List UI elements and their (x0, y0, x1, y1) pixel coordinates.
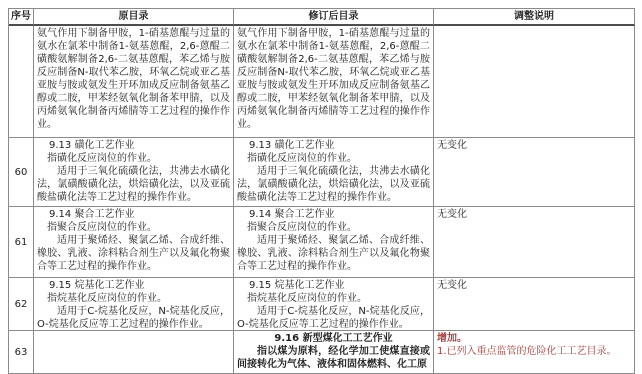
paragraph: 9.16 新型煤化工工艺作业 (237, 332, 430, 345)
paragraph: 氨气作用下制备甲胺，1-硝基蒽醌与过量的氨水在氯苯中制备1-氨基蒽醌，2,6-蒽… (237, 27, 430, 131)
table-row: 619.14 聚合工艺作业指聚合反应岗位的作业。适用于聚烯烃、聚氯乙烯、合成纤维… (9, 207, 635, 278)
paragraph: 适用于三氧化硫磺化法，共沸去水磺化法，氯磺酸磺化法，烘焙磺化法，以及亚硫酸盐磺化… (37, 165, 230, 204)
revised-catalog-cell: 9.13 磺化工艺作业指磺化反应岗位的作业。适用于三氧化硫磺化法，共沸去水磺化法… (234, 138, 434, 207)
revised-catalog-cell: 9.15 烷基化工艺作业指烷基化反应岗位的作业。适用于C-烷基化反应，N-烷基化… (234, 278, 434, 331)
original-catalog-cell: 9.14 聚合工艺作业指聚合反应岗位的作业。适用于聚烯烃、聚氯乙烯、合成纤维、橡… (34, 207, 234, 278)
paragraph: 9.15 烷基化工艺作业 (237, 279, 430, 292)
paragraph: 9.14 聚合工艺作业 (237, 208, 430, 221)
table-row: 629.15 烷基化工艺作业指烷基化反应岗位的作业。适用于C-烷基化反应，N-烷… (9, 278, 635, 331)
serial-cell: 61 (9, 207, 34, 278)
adjustment-note-cell: 增加。1.已列入重点监管的危险化工工艺目录。 (434, 331, 635, 374)
table-body: 氨气作用下制备甲胺，1-硝基蒽醌与过量的氨水在氯苯中制备1-氨基蒽醌，2,6-蒽… (9, 26, 635, 374)
original-catalog-cell: 9.13 磺化工艺作业指磺化反应岗位的作业。适用于三氧化硫磺化法，共沸去水磺化法… (34, 138, 234, 207)
original-catalog-cell: 9.15 烷基化工艺作业指烷基化反应岗位的作业。适用于C-烷基化反应，N-烷基化… (34, 278, 234, 331)
adjustment-note-cell: 无变化 (434, 138, 635, 207)
original-catalog-cell: 氨气作用下制备甲胺，1-硝基蒽醌与过量的氨水在氯苯中制备1-氨基蒽醌，2,6-蒽… (34, 26, 234, 138)
header-original-catalog: 原目录 (34, 9, 234, 26)
serial-cell: 62 (9, 278, 34, 331)
paragraph: 适用于C-烷基化反应，N-烷基化反应，O-烷基化反应等工艺过程的操作作业。 (237, 305, 430, 331)
paragraph: 适用于三氧化硫磺化法，共沸去水磺化法，氯磺酸磺化法，烘焙磺化法，以及亚硫酸盐磺化… (237, 165, 430, 204)
paragraph: 指磺化反应岗位的作业。 (37, 152, 230, 165)
paragraph: 适用于聚烯烃、聚氯乙烯、合成纤维、橡胶、乳液、涂料粘合剂生产以及氟化物聚合等工艺… (237, 234, 430, 273)
paragraph: 9.14 聚合工艺作业 (37, 208, 230, 221)
paragraph: 9.15 烷基化工艺作业 (37, 279, 230, 292)
original-catalog-cell (34, 331, 234, 374)
serial-cell: 60 (9, 138, 34, 207)
adjustment-note-cell: 无变化 (434, 278, 635, 331)
table-row: 609.13 磺化工艺作业指磺化反应岗位的作业。适用于三氧化硫磺化法，共沸去水磺… (9, 138, 635, 207)
revision-comparison-table: 序号 原目录 修订后目录 调整说明 氨气作用下制备甲胺，1-硝基蒽醌与过量的氨水… (8, 8, 635, 374)
revised-catalog-cell: 9.14 聚合工艺作业指聚合反应岗位的作业。适用于聚烯烃、聚氯乙烯、合成纤维、橡… (234, 207, 434, 278)
paragraph: 增加。 (437, 332, 631, 345)
revised-catalog-cell: 氨气作用下制备甲胺，1-硝基蒽醌与过量的氨水在氯苯中制备1-氨基蒽醌，2,6-蒽… (234, 26, 434, 138)
table-row: 639.16 新型煤化工工艺作业指以煤为原料，经化学加工使煤直接或间接转化为气体… (9, 331, 635, 374)
paragraph: 无变化 (437, 279, 631, 292)
paragraph: 适用于聚烯烃、聚氯乙烯、合成纤维、橡胶、乳液、涂料粘合剂生产以及氟化物聚合等工艺… (37, 234, 230, 273)
paragraph: 9.13 磺化工艺作业 (237, 139, 430, 152)
table-row: 氨气作用下制备甲胺，1-硝基蒽醌与过量的氨水在氯苯中制备1-氨基蒽醌，2,6-蒽… (9, 26, 635, 138)
revised-catalog-cell: 9.16 新型煤化工工艺作业指以煤为原料，经化学加工使煤直接或间接转化为气体、液… (234, 331, 434, 374)
paragraph: 指以煤为原料，经化学加工使煤直接或间接转化为气体、液体和固体燃料、化工原 (237, 345, 430, 371)
header-adjustment-note: 调整说明 (434, 9, 635, 26)
header-revised-catalog: 修订后目录 (234, 9, 434, 26)
paragraph: 适用于C-烷基化反应，N-烷基化反应，O-烷基化反应等工艺过程的操作作业。 (37, 305, 230, 331)
header-serial: 序号 (9, 9, 34, 26)
paragraph: 无变化 (437, 139, 631, 152)
serial-cell (9, 26, 34, 138)
paragraph: 无变化 (437, 208, 631, 221)
paragraph: 氨气作用下制备甲胺，1-硝基蒽醌与过量的氨水在氯苯中制备1-氨基蒽醌，2,6-蒽… (37, 27, 230, 131)
paragraph: 指烷基化反应岗位的作业。 (37, 292, 230, 305)
adjustment-note-cell (434, 26, 635, 138)
paragraph: 9.13 磺化工艺作业 (37, 139, 230, 152)
paragraph: 指聚合反应岗位的作业。 (37, 221, 230, 234)
paragraph: 1.已列入重点监管的危险化工工艺目录。 (437, 345, 631, 358)
adjustment-note-cell: 无变化 (434, 207, 635, 278)
paragraph: 指烷基化反应岗位的作业。 (237, 292, 430, 305)
document-page: 序号 原目录 修订后目录 调整说明 氨气作用下制备甲胺，1-硝基蒽醌与过量的氨水… (8, 8, 635, 374)
paragraph: 指聚合反应岗位的作业。 (237, 221, 430, 234)
table-header-row: 序号 原目录 修订后目录 调整说明 (9, 9, 635, 26)
paragraph: 指磺化反应岗位的作业。 (237, 152, 430, 165)
serial-cell: 63 (9, 331, 34, 374)
